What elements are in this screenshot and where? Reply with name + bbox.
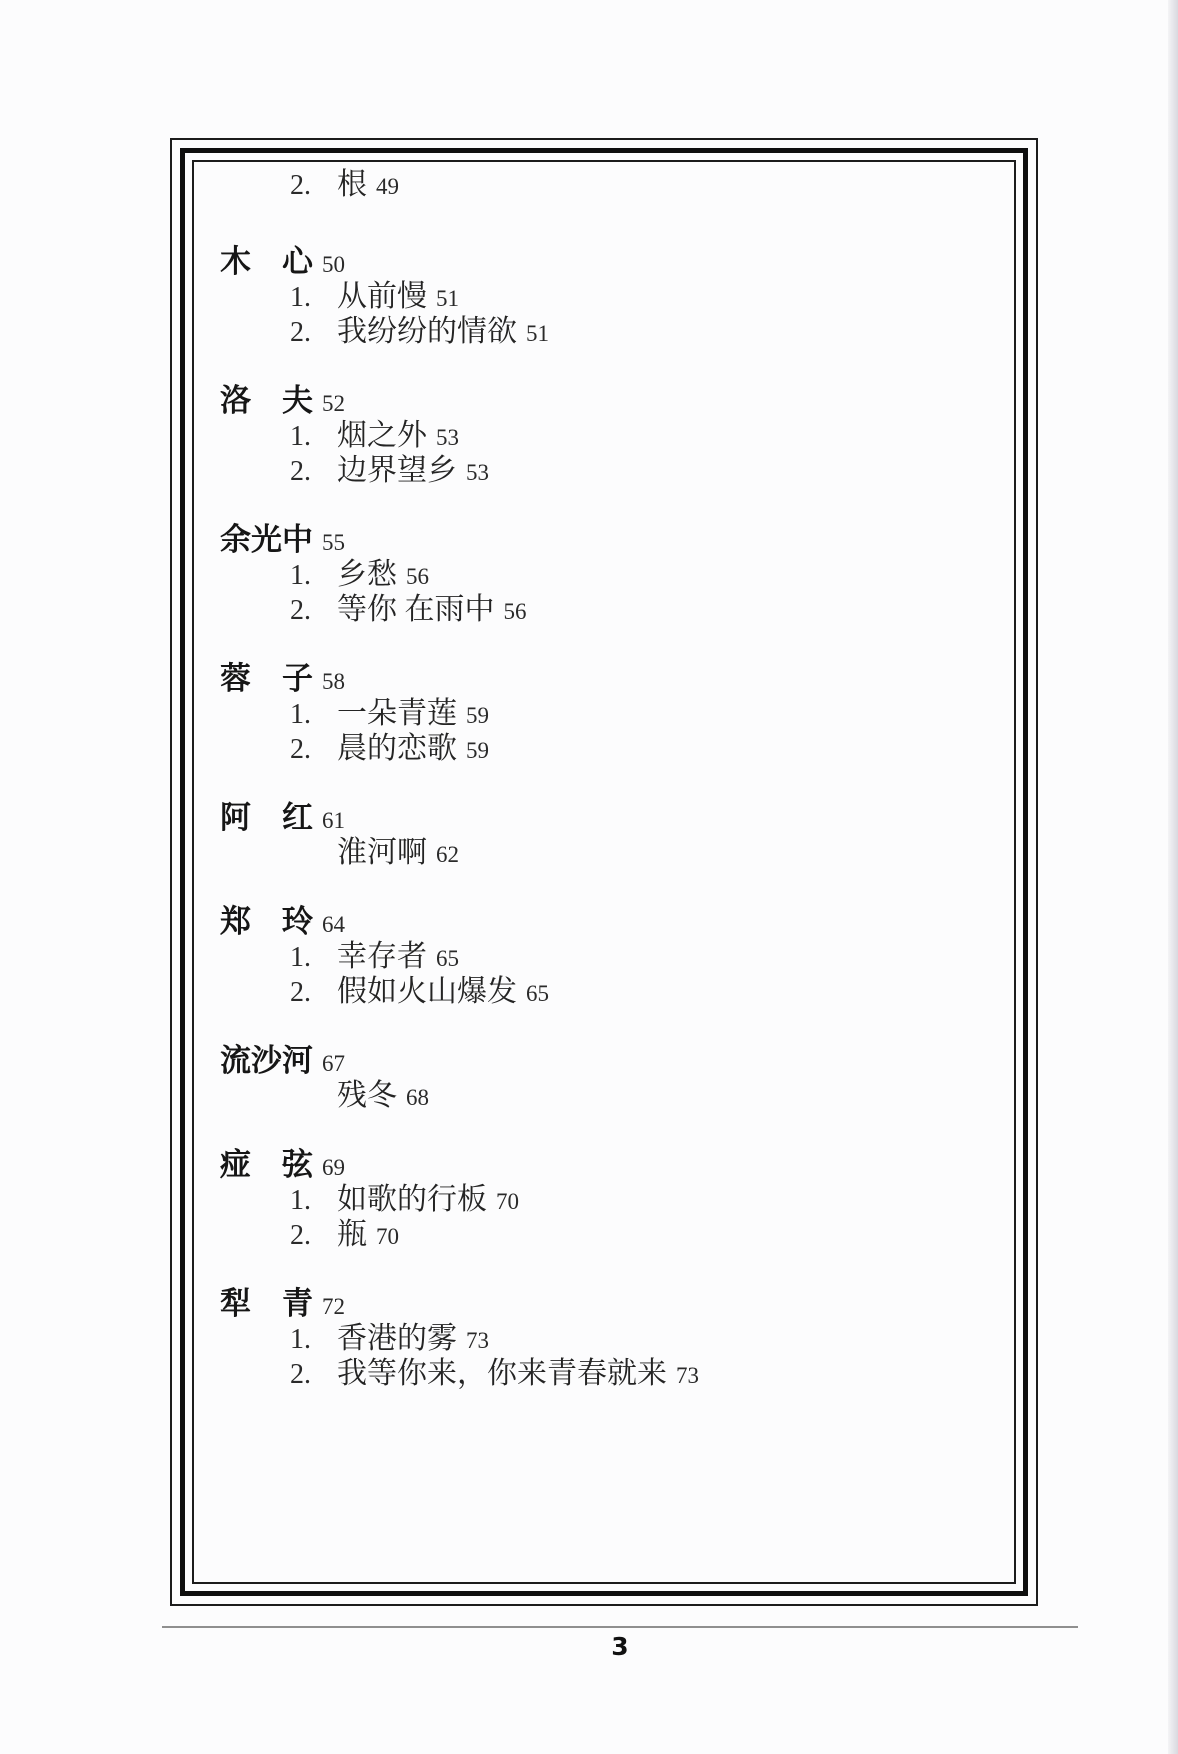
author-row: 蓉 子58 (194, 661, 1014, 696)
entry-row: 2.假如火山爆发65 (194, 974, 1014, 1009)
entry-number: 1. (290, 697, 337, 732)
entry-number: 1. (290, 940, 337, 975)
entry-number: 2. (290, 1218, 337, 1253)
entry-title: 香港的雾 (337, 1322, 457, 1355)
entry-number: 1. (290, 419, 337, 454)
author-name: 流沙河 (220, 1043, 313, 1078)
toc-content: 2.根49木 心501.从前慢512.我纷纷的情欲51洛 夫521.烟之外532… (194, 162, 1014, 1582)
entry-page-number: 59 (466, 738, 489, 763)
entry-page-number: 56 (406, 564, 429, 589)
toc-section: 洛 夫521.烟之外532.边界望乡53 (194, 383, 1014, 488)
toc-section: 2.根49 (194, 167, 1014, 202)
entry-title: 如歌的行板 (337, 1183, 487, 1216)
entry-number: 2. (290, 593, 337, 628)
entry-title: 晨的恋歌 (337, 732, 457, 765)
author-row: 余光中55 (194, 522, 1014, 557)
page-frame-thick-line: 2.根49木 心501.从前慢512.我纷纷的情欲51洛 夫521.烟之外532… (180, 148, 1028, 1596)
entry-number: 1. (290, 1322, 337, 1357)
author-name: 蓉 子 (220, 661, 313, 696)
toc-section: 木 心501.从前慢512.我纷纷的情欲51 (194, 244, 1014, 349)
entry-title: 烟之外 (337, 419, 427, 452)
page-frame: 2.根49木 心501.从前慢512.我纷纷的情欲51洛 夫521.烟之外532… (170, 138, 1038, 1606)
entry-number: 1. (290, 558, 337, 593)
entry-page-number: 70 (376, 1224, 399, 1249)
entry-number: 1. (290, 1183, 337, 1218)
entry-title: 从前慢 (337, 280, 427, 313)
entry-number: 2. (290, 1357, 337, 1392)
footer-page-number: 3 (162, 1632, 1078, 1661)
entry-row: 1.如歌的行板70 (194, 1182, 1014, 1217)
entry-row: 1.从前慢51 (194, 279, 1014, 314)
entry-page-number: 65 (526, 981, 549, 1006)
entry-page-number: 73 (676, 1363, 699, 1388)
entry-page-number: 51 (436, 286, 459, 311)
toc-section: 余光中551.乡愁562.等你 在雨中56 (194, 522, 1014, 627)
author-row: 流沙河67 (194, 1043, 1014, 1078)
author-name: 痖 弦 (220, 1147, 313, 1182)
toc-section: 郑 玲641.幸存者652.假如火山爆发65 (194, 904, 1014, 1009)
entry-row: 2.边界望乡53 (194, 453, 1014, 488)
entry-title: 等你 在雨中 (337, 593, 495, 626)
entry-number: 2. (290, 168, 337, 203)
entry-number: 2. (290, 975, 337, 1010)
entry-number: 2. (290, 732, 337, 767)
author-name: 郑 玲 (220, 904, 313, 939)
entry-page-number: 62 (436, 842, 459, 867)
toc-section: 流沙河67残冬68 (194, 1043, 1014, 1113)
entry-row: 2.瓶70 (194, 1217, 1014, 1252)
entry-row: 1.幸存者65 (194, 939, 1014, 974)
author-page-number: 52 (322, 391, 345, 416)
entry-title: 我等你来，你来青春就来 (337, 1357, 667, 1390)
book-page: 2.根49木 心501.从前慢512.我纷纷的情欲51洛 夫521.烟之外532… (0, 0, 1178, 1754)
author-name: 洛 夫 (220, 383, 313, 418)
toc-section: 阿 红61淮河啊62 (194, 800, 1014, 870)
toc-section: 蓉 子581.一朵青莲592.晨的恋歌59 (194, 661, 1014, 766)
entry-title: 假如火山爆发 (337, 975, 517, 1008)
entry-row: 残冬68 (194, 1078, 1014, 1113)
author-page-number: 64 (322, 912, 345, 937)
entry-row: 1.烟之外53 (194, 418, 1014, 453)
author-row: 洛 夫52 (194, 383, 1014, 418)
entry-title: 一朵青莲 (337, 697, 457, 730)
author-name: 阿 红 (220, 800, 313, 835)
entry-title: 根 (337, 168, 367, 201)
entry-page-number: 51 (526, 321, 549, 346)
author-row: 犁 青72 (194, 1286, 1014, 1321)
entry-title: 残冬 (337, 1079, 397, 1112)
author-page-number: 50 (322, 252, 345, 277)
entry-title: 瓶 (337, 1218, 367, 1251)
author-name: 余光中 (220, 522, 313, 557)
author-name: 木 心 (220, 244, 313, 279)
author-row: 郑 玲64 (194, 904, 1014, 939)
entry-row: 2.我纷纷的情欲51 (194, 314, 1014, 349)
author-page-number: 72 (322, 1294, 345, 1319)
author-page-number: 69 (322, 1155, 345, 1180)
entry-title: 边界望乡 (337, 454, 457, 487)
entry-page-number: 59 (466, 703, 489, 728)
entry-row: 1.乡愁56 (194, 557, 1014, 592)
entry-row: 2.晨的恋歌59 (194, 731, 1014, 766)
author-name: 犁 青 (220, 1286, 313, 1321)
toc-section: 犁 青721.香港的雾732.我等你来，你来青春就来73 (194, 1286, 1014, 1391)
author-row: 阿 红61 (194, 800, 1014, 835)
entry-page-number: 53 (466, 460, 489, 485)
scan-edge (1168, 0, 1178, 1754)
author-row: 木 心50 (194, 244, 1014, 279)
page-frame-inner-line: 2.根49木 心501.从前慢512.我纷纷的情欲51洛 夫521.烟之外532… (192, 160, 1016, 1584)
entry-number: 2. (290, 315, 337, 350)
entry-row: 1.香港的雾73 (194, 1321, 1014, 1356)
entry-page-number: 73 (466, 1328, 489, 1353)
entry-row: 2.根49 (194, 167, 1014, 202)
entry-title: 幸存者 (337, 940, 427, 973)
entry-row: 淮河啊62 (194, 835, 1014, 870)
author-page-number: 67 (322, 1051, 345, 1076)
entry-number: 1. (290, 280, 337, 315)
entry-row: 1.一朵青莲59 (194, 696, 1014, 731)
entry-row: 2.等你 在雨中56 (194, 592, 1014, 627)
entry-page-number: 70 (496, 1189, 519, 1214)
toc-section: 痖 弦691.如歌的行板702.瓶70 (194, 1147, 1014, 1252)
entry-page-number: 53 (436, 425, 459, 450)
author-page-number: 58 (322, 669, 345, 694)
author-row: 痖 弦69 (194, 1147, 1014, 1182)
entry-page-number: 65 (436, 946, 459, 971)
entry-number: 2. (290, 454, 337, 489)
entry-page-number: 56 (504, 599, 527, 624)
author-page-number: 61 (322, 808, 345, 833)
author-page-number: 55 (322, 530, 345, 555)
entry-page-number: 68 (406, 1085, 429, 1110)
entry-title: 乡愁 (337, 558, 397, 591)
footer-rule (162, 1626, 1078, 1628)
entry-title: 淮河啊 (337, 836, 427, 869)
entry-title: 我纷纷的情欲 (337, 315, 517, 348)
entry-page-number: 49 (376, 174, 399, 199)
entry-row: 2.我等你来，你来青春就来73 (194, 1356, 1014, 1391)
